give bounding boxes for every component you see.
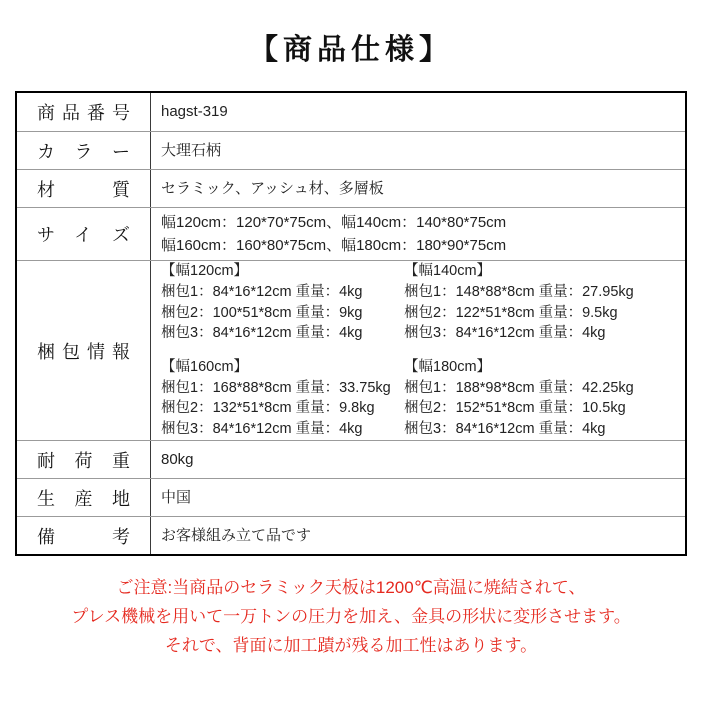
color-value-text: 大理石柄 xyxy=(161,139,685,162)
packing-140-line-3: 梱包3：84*16*12cm 重量：4kg xyxy=(404,323,685,344)
remarks-value: お客様組み立て品です xyxy=(151,517,685,554)
size-label: サイズ xyxy=(17,208,151,260)
material-label: 材質 xyxy=(17,170,151,207)
product-spec-page: 【商品仕様】 商品番号 hagst-319 カラー 大理石柄 材質 セラミック、… xyxy=(0,0,702,702)
size-line-1: 幅120cm：120*70*75cm、幅140cm：140*80*75cm xyxy=(161,211,685,234)
load-capacity-label: 耐荷重 xyxy=(17,441,151,478)
packing-120-title: 【幅120cm】 xyxy=(161,261,404,282)
packing-120-line-1: 梱包1：84*16*12cm 重量：4kg xyxy=(161,282,404,303)
origin-label-text: 生産地 xyxy=(17,485,150,511)
packing-group-120: 【幅120cm】 梱包1：84*16*12cm 重量：4kg 梱包2：100*5… xyxy=(161,261,404,344)
load-capacity-value-text: 80kg xyxy=(161,448,685,471)
spec-table: 商品番号 hagst-319 カラー 大理石柄 材質 セラミック、アッシュ材、多… xyxy=(15,91,687,556)
packing-group-140: 【幅140cm】 梱包1：148*88*8cm 重量：27.95kg 梱包2：1… xyxy=(404,261,685,344)
row-origin: 生産地 中国 xyxy=(17,478,685,516)
material-value: セラミック、アッシュ材、多層板 xyxy=(151,170,685,207)
packing-160-line-1: 梱包1：168*88*8cm 重量：33.75kg xyxy=(161,378,404,399)
row-load-capacity: 耐荷重 80kg xyxy=(17,440,685,478)
packing-140-line-2: 梱包2：122*51*8cm 重量：9.5kg xyxy=(404,303,685,324)
material-label-text: 材質 xyxy=(17,176,150,202)
packing-180-title: 【幅180cm】 xyxy=(404,357,685,378)
packing-180-line-1: 梱包1：188*98*8cm 重量：42.25kg xyxy=(404,378,685,399)
notice: ご注意:当商品のセラミック天板は1200℃高温に焼結されて、 プレス機械を用いて… xyxy=(0,573,702,661)
remarks-label: 備考 xyxy=(17,517,151,554)
remarks-value-text: お客様組み立て品です xyxy=(161,524,685,547)
packing-140-title: 【幅140cm】 xyxy=(404,261,685,282)
color-label: カラー xyxy=(17,132,151,169)
color-value: 大理石柄 xyxy=(151,132,685,169)
row-item-number: 商品番号 hagst-319 xyxy=(17,93,685,131)
load-capacity-value: 80kg xyxy=(151,441,685,478)
row-remarks: 備考 お客様組み立て品です xyxy=(17,516,685,554)
page-title: 【商品仕様】 xyxy=(0,27,702,68)
packing-120-line-3: 梱包3：84*16*12cm 重量：4kg xyxy=(161,323,404,344)
origin-value-text: 中国 xyxy=(161,486,685,509)
packing-180-line-2: 梱包2：152*51*8cm 重量：10.5kg xyxy=(404,398,685,419)
material-value-text: セラミック、アッシュ材、多層板 xyxy=(161,177,685,200)
row-material: 材質 セラミック、アッシュ材、多層板 xyxy=(17,169,685,207)
item-number-label-text: 商品番号 xyxy=(17,99,150,125)
notice-line-2: プレス機械を用いて一万トンの圧力を加え、金具の形状に変形させます。 xyxy=(0,602,702,631)
notice-line-3: それで、背面に加工蹟が残る加工性はあります。 xyxy=(0,631,702,660)
item-number-label: 商品番号 xyxy=(17,93,151,131)
row-packing: 梱包情報 【幅120cm】 梱包1：84*16*12cm 重量：4kg 梱包2：… xyxy=(17,260,685,440)
packing-160-line-2: 梱包2：132*51*8cm 重量：9.8kg xyxy=(161,398,404,419)
packing-value: 【幅120cm】 梱包1：84*16*12cm 重量：4kg 梱包2：100*5… xyxy=(151,261,685,440)
size-line-2: 幅160cm：160*80*75cm、幅180cm：180*90*75cm xyxy=(161,234,685,257)
color-label-text: カラー xyxy=(17,138,150,164)
packing-group-180: 【幅180cm】 梱包1：188*98*8cm 重量：42.25kg 梱包2：1… xyxy=(404,357,685,440)
item-number-value: hagst-319 xyxy=(151,93,685,131)
origin-label: 生産地 xyxy=(17,479,151,516)
size-label-text: サイズ xyxy=(17,221,150,247)
packing-180-line-3: 梱包3：84*16*12cm 重量：4kg xyxy=(404,419,685,440)
item-number-value-text: hagst-319 xyxy=(161,100,685,123)
packing-160-line-3: 梱包3：84*16*12cm 重量：4kg xyxy=(161,419,404,440)
size-value: 幅120cm：120*70*75cm、幅140cm：140*80*75cm 幅1… xyxy=(151,208,685,260)
origin-value: 中国 xyxy=(151,479,685,516)
packing-120-line-2: 梱包2：100*51*8cm 重量：9kg xyxy=(161,303,404,324)
notice-line-1: ご注意:当商品のセラミック天板は1200℃高温に焼結されて、 xyxy=(0,573,702,602)
packing-label: 梱包情報 xyxy=(17,261,151,440)
packing-label-text: 梱包情報 xyxy=(17,338,150,364)
remarks-label-text: 備考 xyxy=(17,523,150,549)
packing-group-160: 【幅160cm】 梱包1：168*88*8cm 重量：33.75kg 梱包2：1… xyxy=(161,357,404,440)
load-capacity-label-text: 耐荷重 xyxy=(17,447,150,473)
packing-grid: 【幅120cm】 梱包1：84*16*12cm 重量：4kg 梱包2：100*5… xyxy=(161,259,685,442)
packing-140-line-1: 梱包1：148*88*8cm 重量：27.95kg xyxy=(404,282,685,303)
packing-160-title: 【幅160cm】 xyxy=(161,357,404,378)
row-color: カラー 大理石柄 xyxy=(17,131,685,169)
row-size: サイズ 幅120cm：120*70*75cm、幅140cm：140*80*75c… xyxy=(17,207,685,260)
